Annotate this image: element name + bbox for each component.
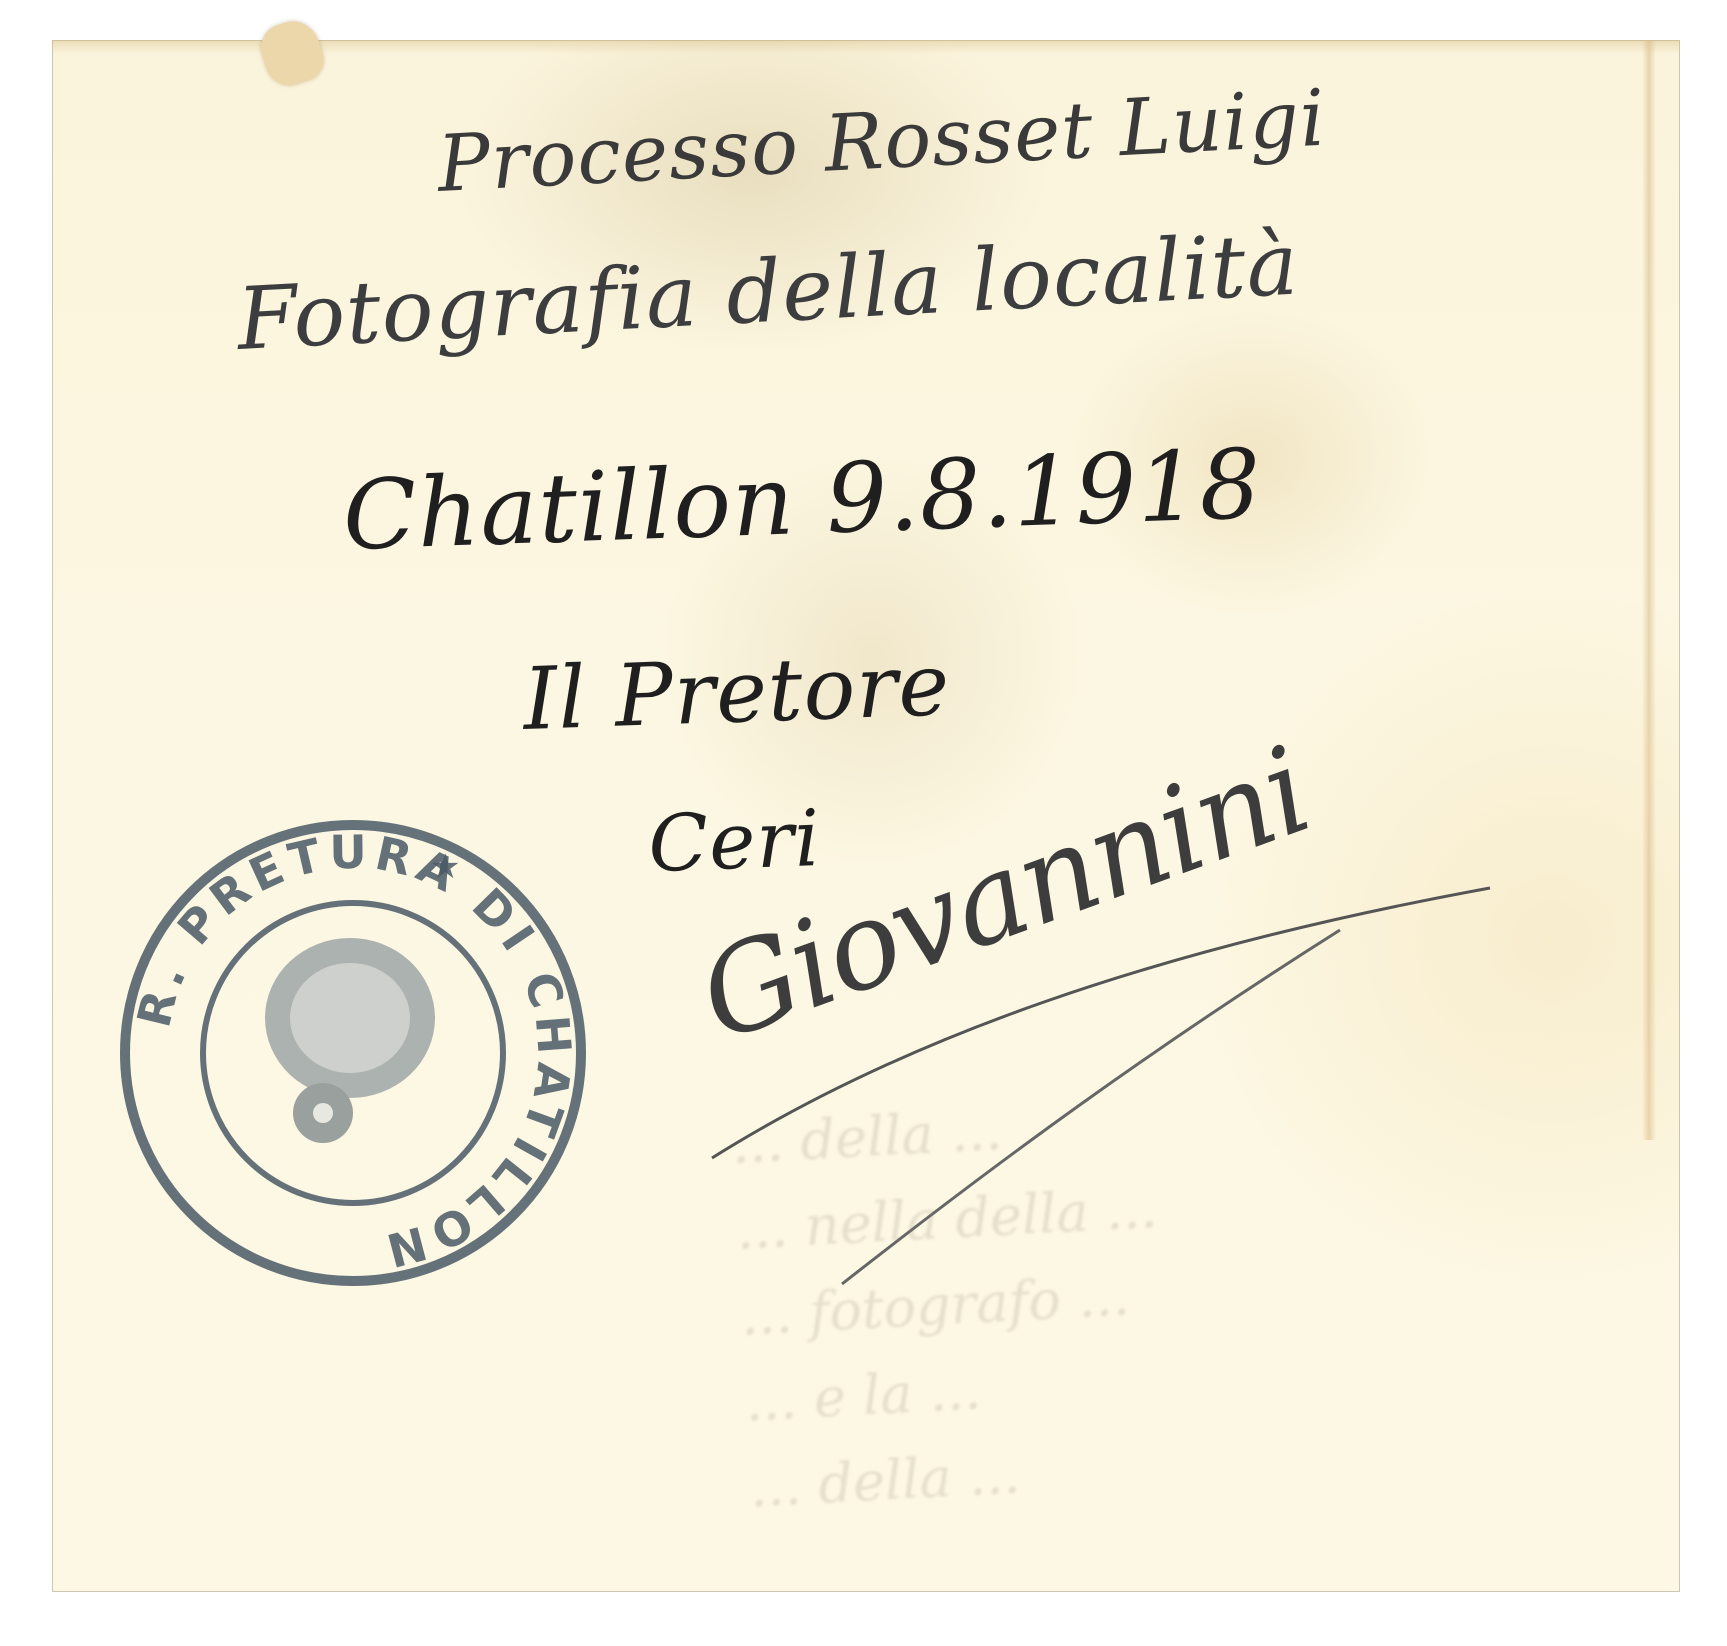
handwritten-line-title: Il Pretore: [522, 635, 952, 750]
coat-of-arms-emblem: [265, 938, 435, 1143]
show-through-text: ... della ... ... nella della ... ... fo…: [730, 1059, 1571, 1521]
official-stamp: R. PRETURA DI CHATILLON ★: [118, 818, 588, 1288]
star-icon: ★: [430, 847, 460, 887]
paper-right-stain: [1642, 40, 1656, 1140]
handwritten-line-name: Ceri: [647, 794, 822, 890]
